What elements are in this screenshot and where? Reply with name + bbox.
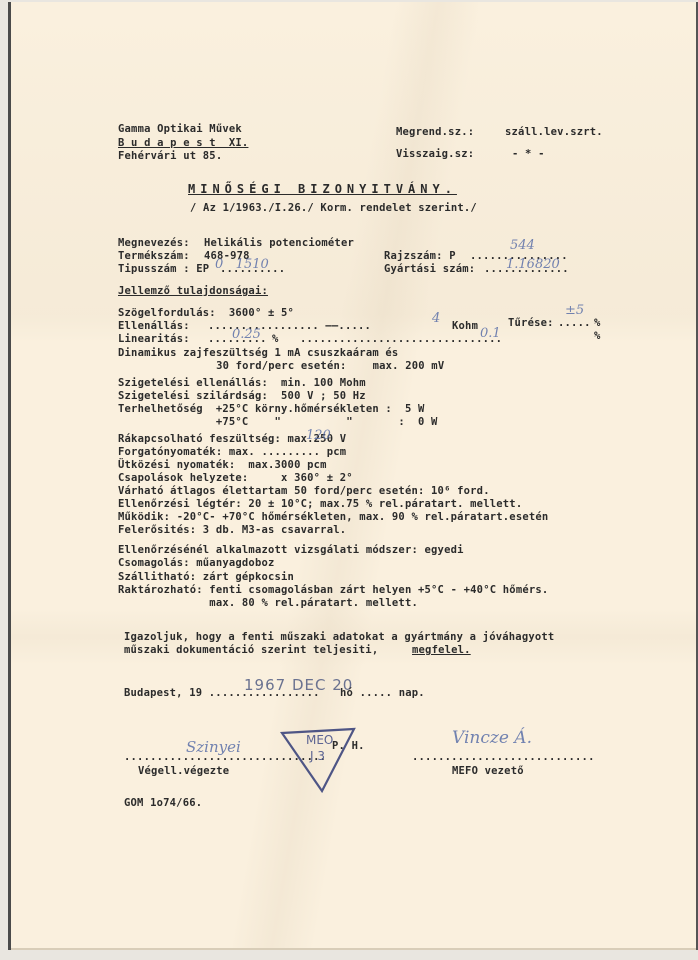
order-number-value: száll.lev.szrt. xyxy=(505,127,603,138)
left-signature-label: Végell.végezte xyxy=(138,766,229,777)
type-number-handwritten: 0 1510 xyxy=(215,257,269,272)
spec-taps: Csapolások helyzete: x 360° ± 2° xyxy=(118,473,353,484)
spec-linearity-handwritten-2: 0.1 xyxy=(480,326,501,341)
spec-insulation-resistance: Szigetelési ellenállás: min. 100 Mohm xyxy=(118,378,366,389)
spec-torque: Forgatónyomaték: max. ......... pcm xyxy=(118,447,346,458)
product-name-value: Helikális potenciométer xyxy=(204,238,354,249)
right-signature: Vincze Á. xyxy=(452,728,532,748)
spec-max-voltage-handwritten: 120 xyxy=(306,428,331,443)
meo-stamp-line1: MEO xyxy=(306,733,333,747)
order-number-label: Megrend.sz.: xyxy=(396,127,474,138)
test-method: Ellenőrzésénél alkalmazott vizsgálati mó… xyxy=(118,545,464,556)
serial-number-label: Gyártási szám: xyxy=(384,264,475,275)
drawing-number-label: Rajzszám: P xyxy=(384,251,456,262)
ph-mark: P. H. xyxy=(332,741,365,752)
transport: Szállitható: zárt gépkocsin xyxy=(118,572,294,583)
certification-verdict: megfelel. xyxy=(412,645,471,656)
meo-stamp-line2: J 3 xyxy=(310,749,325,763)
spec-mounting: Felerősités: 3 db. M3-as csavarral. xyxy=(118,525,346,536)
spec-rotation: Szögelfordulás: 3600° ± 5° xyxy=(118,308,294,319)
spec-linearity-unit-2: % xyxy=(594,331,601,342)
spec-linearity-label: Linearitás: xyxy=(118,334,190,345)
certificate-paper xyxy=(8,2,698,950)
spec-tolerance-handwritten: ±5 xyxy=(565,303,584,318)
right-signature-label: MEFO vezető xyxy=(452,766,524,777)
spec-resistance-unit: Kohm xyxy=(452,321,478,332)
spec-linearity-dots-2: ............................... xyxy=(300,334,502,345)
spec-resistance-label: Ellenállás: xyxy=(118,321,190,332)
spec-linearity-unit: % xyxy=(272,334,279,345)
document-title: MINŐSÉGI BIZONYITVÁNY. xyxy=(188,183,457,195)
company-address: Fehérvári ut 85. xyxy=(118,151,222,162)
serial-number-handwritten: 1.16820 xyxy=(506,257,560,272)
footer-reference: GOM 1o74/66. xyxy=(124,798,202,809)
right-signature-dots: ............................ xyxy=(412,752,595,763)
spec-stop-torque: Ütközési nyomaték: max.3000 pcm xyxy=(118,460,327,471)
storage-line1: Raktározható: fenti csomagolásban zárt h… xyxy=(118,585,548,596)
specs-heading: Jellemző tulajdonságai: xyxy=(118,286,268,297)
spec-tolerance-unit: % xyxy=(594,318,601,329)
spec-tolerance-label: Tűrése: xyxy=(508,318,554,329)
return-number-value: - * - xyxy=(512,149,545,160)
certification-line2: műszaki dokumentáció szerint teljesiti, xyxy=(124,645,378,656)
document-subtitle: / Az 1/1963./I.26./ Korm. rendelet szeri… xyxy=(190,203,477,214)
spec-test-environment: Ellenőrzési légtér: 20 ± 10°C; max.75 % … xyxy=(118,499,522,510)
product-number-label: Termékszám: xyxy=(118,251,190,262)
spec-tolerance-dots: ..... xyxy=(558,318,591,329)
spec-noise-line2: 30 ford/perc esetén: max. 200 mV xyxy=(190,361,444,372)
spec-insulation-strength: Szigetelési szilárdság: 500 V ; 50 Hz xyxy=(118,391,366,402)
spec-resistance-handwritten: 4 xyxy=(432,311,440,326)
certification-line1: Igazoljuk, hogy a fenti műszaki adatokat… xyxy=(124,632,554,643)
product-name-label: Megnevezés: xyxy=(118,238,190,249)
spec-life: Várható átlagos élettartam 50 ford/perc … xyxy=(118,486,490,497)
spec-load-line1: Terhelhetőség +25°C körny.hőmérsékleten … xyxy=(118,404,425,415)
spec-operating-range: Működik: -20°C- +70°C hőmérsékleten, max… xyxy=(118,512,548,523)
storage-line2: max. 80 % rel.páratart. mellett. xyxy=(118,598,418,609)
spec-noise-line1: Dinamikus zajfeszültség 1 mA csuszkaáram… xyxy=(118,348,398,359)
date-stamp: 1967 DEC 20 xyxy=(244,676,353,694)
packaging: Csomagolás: műanyagdoboz xyxy=(118,558,275,569)
date-suffix: hó ..... nap. xyxy=(340,688,425,699)
company-city: B u d a p e s t XI. xyxy=(118,138,248,149)
spec-linearity-handwritten: 0.25 xyxy=(232,327,261,342)
type-number-label: Tipusszám : EP xyxy=(118,264,209,275)
drawing-number-handwritten: 544 xyxy=(510,238,535,253)
spec-load-line2: +75°C " " : 0 W xyxy=(118,417,438,428)
return-number-label: Visszaig.sz: xyxy=(396,149,474,160)
company-name: Gamma Optikai Művek xyxy=(118,124,242,135)
